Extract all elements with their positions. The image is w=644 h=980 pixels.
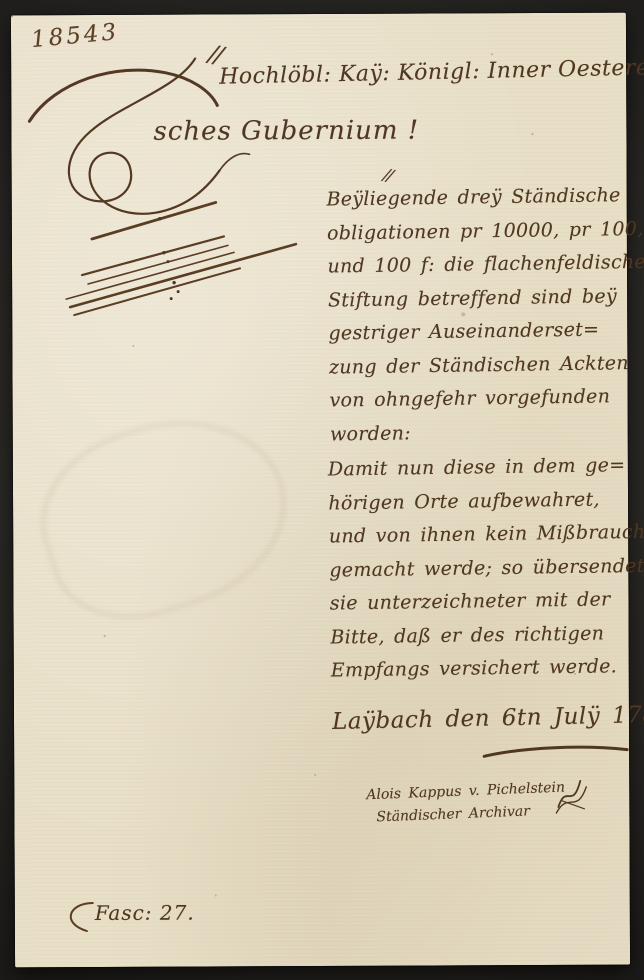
signature-paraph-flourish bbox=[554, 773, 590, 817]
heading-line-1: Hochlöbl: Kaÿ: Königl: Inner Oestereichi… bbox=[219, 54, 644, 90]
handwritten-line: gemacht werde; so übersendet bbox=[329, 550, 631, 588]
fascicle-label: Fasc: 27. bbox=[95, 901, 195, 925]
handwritten-line: sie unterzeichneter mit der bbox=[330, 583, 632, 621]
handwritten-line: von ohngefehr vorgefunden bbox=[329, 380, 631, 418]
handwritten-line: Beÿliegende dreÿ Ständische bbox=[326, 179, 628, 217]
body-paragraph-2: Damit nun diese in dem ge=hörigen Orte a… bbox=[328, 449, 633, 688]
paper-speckles bbox=[11, 15, 13, 17]
paper-watermark-impression bbox=[18, 389, 311, 644]
manuscript-page: 18543 // Hochlöbl: Kaÿ: Königl: Inner Oe… bbox=[11, 13, 630, 968]
handwritten-line: worden: bbox=[330, 414, 632, 452]
dateline: Laÿbach den 6tn Julÿ 1785. bbox=[332, 701, 644, 735]
handwritten-line: gestriger Auseinanderset= bbox=[328, 313, 630, 351]
handwritten-line: und von ihnen kein Mißbrauch bbox=[329, 516, 631, 554]
dateline-underline-flourish bbox=[482, 743, 630, 760]
fascicle-flourish bbox=[57, 895, 99, 937]
photograph-background: 18543 // Hochlöbl: Kaÿ: Königl: Inner Oe… bbox=[0, 0, 644, 980]
signature-name: Alois Kappus v. Pichelstein bbox=[366, 779, 565, 803]
handwritten-line: obligationen pr 10000, pr 100, bbox=[327, 213, 629, 251]
handwritten-line: hörigen Orte aufbewahret, bbox=[328, 483, 630, 521]
handwritten-line: Bitte, daß er des richtigen bbox=[330, 617, 632, 655]
archive-number: 18543 bbox=[30, 19, 120, 53]
body-paragraph-1: Beÿliegende dreÿ Ständischeobligationen … bbox=[326, 179, 632, 451]
margin-enumeration-marks bbox=[64, 186, 305, 319]
handwritten-line: Empfangs versichert werde. bbox=[331, 650, 633, 688]
handwritten-line: zung der Ständischen Ackten bbox=[329, 347, 631, 385]
handwritten-line: Stiftung betreffend sind beÿ bbox=[328, 280, 630, 318]
handwritten-line: und 100 f: die flachenfeldische bbox=[327, 246, 629, 284]
handwritten-line: Damit nun diese in dem ge= bbox=[328, 449, 630, 487]
signature-title: Ständischer Archivar bbox=[376, 803, 530, 825]
heading-line-2: sches Gubernium ! bbox=[153, 116, 419, 147]
